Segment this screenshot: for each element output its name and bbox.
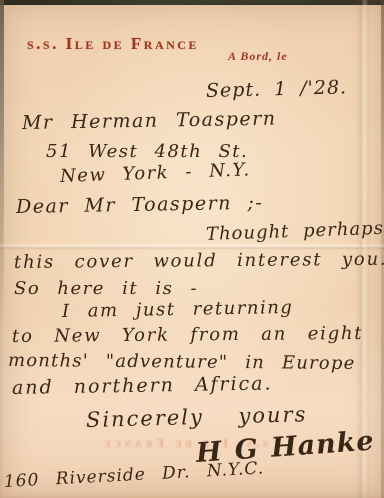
body-line: So here it is - [14, 278, 198, 299]
letter-scan: s.s. Ile de France A Bord, le Sept. 1 /'… [0, 0, 384, 498]
body-line: and northern Africa. [12, 372, 273, 399]
recipient-name: Mr Herman Toaspern [22, 108, 277, 134]
body-line: I am just returning [62, 297, 294, 322]
closing: Sincerely yours [86, 402, 308, 432]
letterhead-dateline-label: A Bord, le [228, 49, 288, 64]
salutation: Dear Mr Toaspern ;- [16, 192, 264, 218]
scan-edge-top [0, 0, 384, 5]
recipient-address-line1: 51 West 48th St. [46, 141, 248, 162]
handwritten-date: Sept. 1 /'28. [206, 76, 348, 102]
body-line: to New York from an eight [12, 323, 364, 347]
scan-edge-left [0, 0, 4, 330]
body-line: this cover would interest you. [14, 249, 384, 273]
recipient-address-line2: New York - N.Y. [60, 159, 251, 187]
body-line: months' "adventure" in Europe [8, 350, 356, 374]
letterhead-ship-name: s.s. Ile de France [27, 34, 199, 54]
sender-address: 160 Riverside Dr. N.Y.C. [3, 458, 264, 492]
